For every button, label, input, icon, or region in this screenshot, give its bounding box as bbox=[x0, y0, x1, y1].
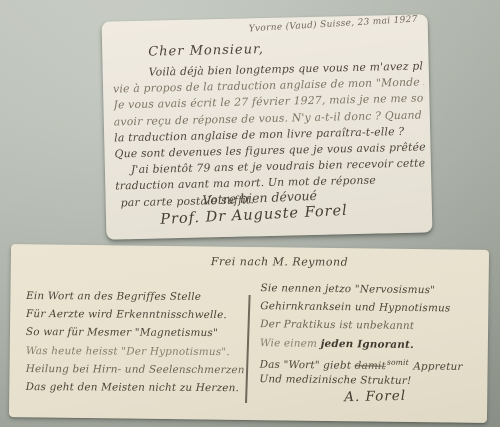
poem-line: Heilung bei Hirn- und Seelenschmerzen bbox=[26, 360, 244, 379]
poem-left-column: Ein Wort an des Begriffes Stelle Für Aer… bbox=[26, 287, 245, 397]
letter-salutation: Cher Monsieur, bbox=[148, 42, 264, 60]
poem-line: Was heute heisst "Der Hypnotismus". bbox=[26, 342, 244, 361]
poem-line-faded-part: Wie einem bbox=[260, 337, 321, 350]
poem-sheet: Frei nach M. Reymond Ein Wort an des Beg… bbox=[9, 244, 489, 423]
poem-signature: A. Forel bbox=[344, 388, 406, 405]
poem-line: So war für Mesmer "Magnetismus" bbox=[26, 323, 244, 342]
poem-line: Das geht den Meisten nicht zu Herzen. bbox=[26, 378, 244, 397]
letter-card: Yvorne (Vaud) Suisse, 23 mai 1927 Cher M… bbox=[102, 14, 433, 239]
struck-word: damit bbox=[355, 360, 386, 372]
poem-right-column: Sie nennen jetzo "Nervosismus" Gehirnkra… bbox=[259, 279, 480, 391]
column-divider-line bbox=[245, 295, 250, 403]
inserted-word: somit bbox=[387, 357, 409, 366]
poem-line-dark-part: jeden Ignorant. bbox=[321, 337, 414, 350]
poem-line: Für Aerzte wird Erkenntnisschwelle. bbox=[26, 305, 244, 324]
poem-line-corrected-1: Wie einem jeden Ignorant. bbox=[260, 334, 480, 355]
poem-title: Frei nach M. Reymond bbox=[211, 255, 348, 268]
letter-dateline: Yvorne (Vaud) Suisse, 23 mai 1927 bbox=[248, 15, 417, 35]
poem-line: Der Praktikus ist unbekannt bbox=[260, 316, 480, 337]
poem-line: Ein Wort an des Begriffes Stelle bbox=[26, 287, 244, 306]
photo-scene: Yvorne (Vaud) Suisse, 23 mai 1927 Cher M… bbox=[0, 0, 500, 427]
poem-line-post: Appretur bbox=[410, 360, 463, 373]
